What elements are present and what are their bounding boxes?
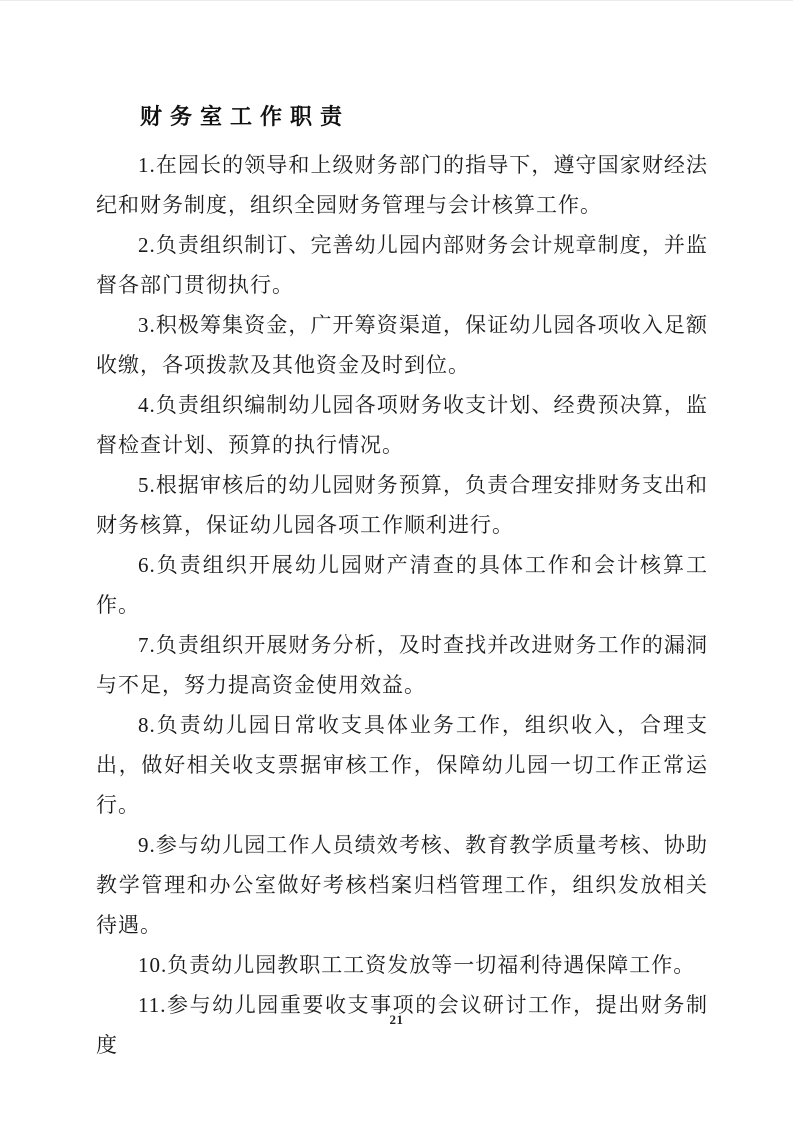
document-page: 财务室工作职责 1.在园长的领导和上级财务部门的指导下，遵守国家财经法纪和财务制… (0, 0, 793, 1122)
paragraph-list: 1.在园长的领导和上级财务部门的指导下，遵守国家财经法纪和财务制度，组织全园财务… (96, 145, 708, 1065)
paragraph: 1.在园长的领导和上级财务部门的指导下，遵守国家财经法纪和财务制度，组织全园财务… (96, 145, 708, 225)
paragraph: 9.参与幼儿园工作人员绩效考核、教育教学质量考核、协助教学管理和办公室做好考核档… (96, 825, 708, 945)
paragraph: 8.负责幼儿园日常收支具体业务工作，组织收入，合理支出，做好相关收支票据审核工作… (96, 705, 708, 825)
page-number: 21 (0, 1012, 793, 1028)
document-content: 财务室工作职责 1.在园长的领导和上级财务部门的指导下，遵守国家财经法纪和财务制… (96, 97, 708, 1065)
paragraph: 3.积极筹集资金，广开筹资渠道，保证幼儿园各项收入足额收缴，各项拨款及其他资金及… (96, 305, 708, 385)
paragraph: 5.根据审核后的幼儿园财务预算，负责合理安排财务支出和财务核算，保证幼儿园各项工… (96, 465, 708, 545)
document-title: 财务室工作职责 (96, 97, 708, 137)
paragraph: 4.负责组织编制幼儿园各项财务收支计划、经费预决算，监督检查计划、预算的执行情况… (96, 385, 708, 465)
paragraph: 7.负责组织开展财务分析，及时查找并改进财务工作的漏洞与不足，努力提高资金使用效… (96, 625, 708, 705)
paragraph: 2.负责组织制订、完善幼儿园内部财务会计规章制度，并监督各部门贯彻执行。 (96, 225, 708, 305)
paragraph: 10.负责幼儿园教职工工资发放等一切福利待遇保障工作。 (96, 945, 708, 985)
paragraph: 6.负责组织开展幼儿园财产清查的具体工作和会计核算工作。 (96, 545, 708, 625)
